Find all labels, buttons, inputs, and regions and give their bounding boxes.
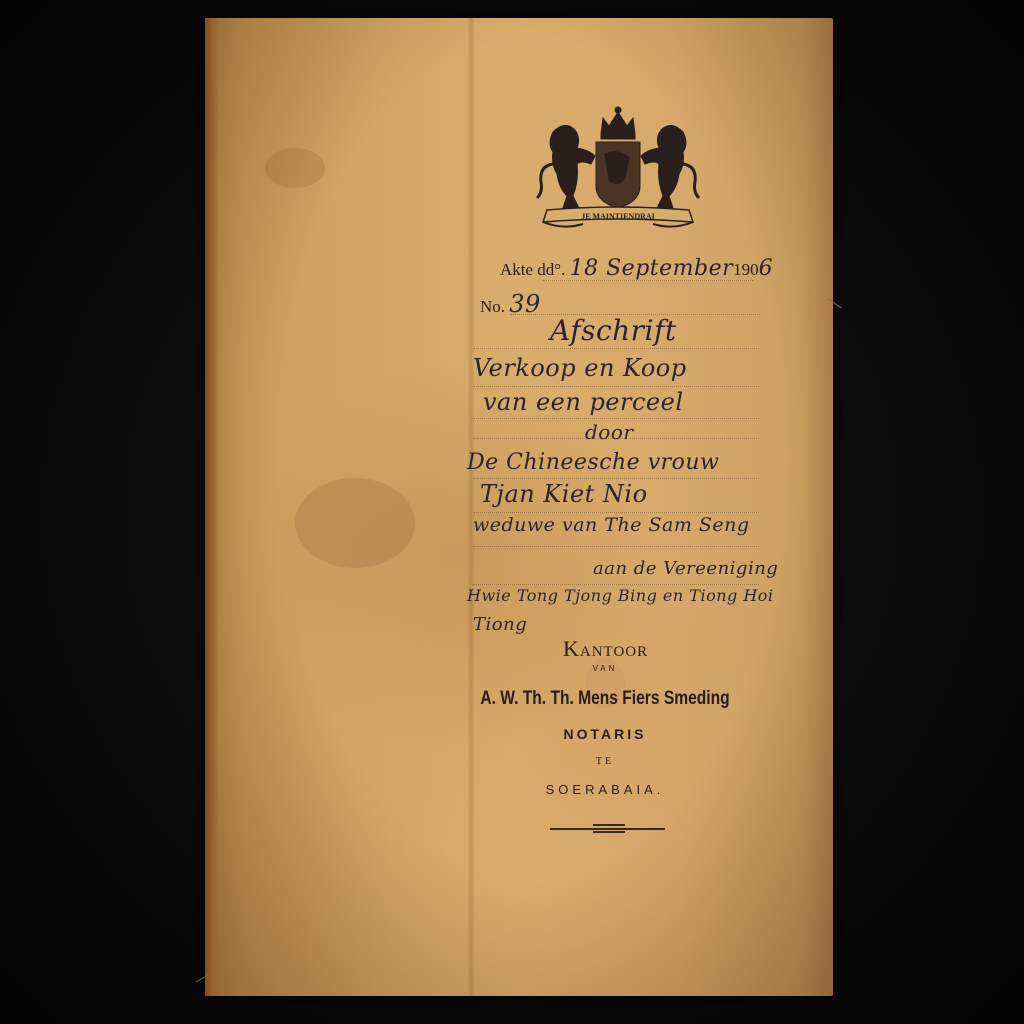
dotted-rule xyxy=(543,280,753,281)
handwritten-line: Tiong xyxy=(473,614,527,635)
dotted-rule xyxy=(473,418,759,419)
ornamental-rule-center xyxy=(593,824,625,833)
dotted-rule xyxy=(473,478,759,479)
page-fold xyxy=(467,18,475,996)
handwritten-line: aan de Vereeniging xyxy=(593,558,778,579)
dotted-rule xyxy=(473,348,759,349)
kantoor-label: Kantoor xyxy=(563,636,648,662)
motto-text: JE MAINTIENDRAI xyxy=(581,212,655,221)
handwritten-year-digit: 6 xyxy=(759,256,774,281)
handwritten-date: 18 September xyxy=(570,256,734,281)
document-page: JE MAINTIENDRAI Akte dd°. 18 September19… xyxy=(205,18,833,996)
handwritten-line: door xyxy=(585,420,633,444)
van-label: VAN xyxy=(435,664,775,673)
dotted-rule xyxy=(473,546,759,547)
dotted-rule xyxy=(473,386,759,387)
printed-year: 190 xyxy=(733,260,759,279)
city-label: SOERABAIA. xyxy=(435,782,775,797)
notary-title: NOTARIS xyxy=(435,726,775,742)
handwritten-line: weduwe van The Sam Seng xyxy=(473,514,750,536)
akte-label: Akte xyxy=(500,260,533,279)
page-spine-edge xyxy=(205,18,219,996)
stain xyxy=(265,148,325,188)
handwritten-line: Hwie Tong Tjong Bing en Tiong Hoi xyxy=(467,586,774,605)
coat-of-arms-icon: JE MAINTIENDRAI xyxy=(533,104,703,234)
handwritten-line: van een perceel xyxy=(483,388,684,416)
stain xyxy=(295,478,415,568)
handwritten-title: Afschrift xyxy=(550,314,677,347)
loose-thread xyxy=(828,299,842,309)
handwritten-line: Verkoop en Koop xyxy=(473,354,687,382)
te-label: TE xyxy=(435,756,775,767)
dotted-rule xyxy=(473,584,759,585)
dd-label: dd°. xyxy=(537,260,565,279)
number-label: No. xyxy=(480,297,505,316)
dotted-rule xyxy=(473,438,759,439)
akte-date-line: Akte dd°. 18 September1906 xyxy=(500,256,773,281)
handwritten-line: Tjan Kiet Nio xyxy=(480,480,648,508)
notary-name: A. W. Th. Th. Mens Fiers Smeding xyxy=(466,688,745,710)
handwritten-line: De Chineesche vrouw xyxy=(467,450,719,475)
dotted-rule xyxy=(473,512,759,513)
